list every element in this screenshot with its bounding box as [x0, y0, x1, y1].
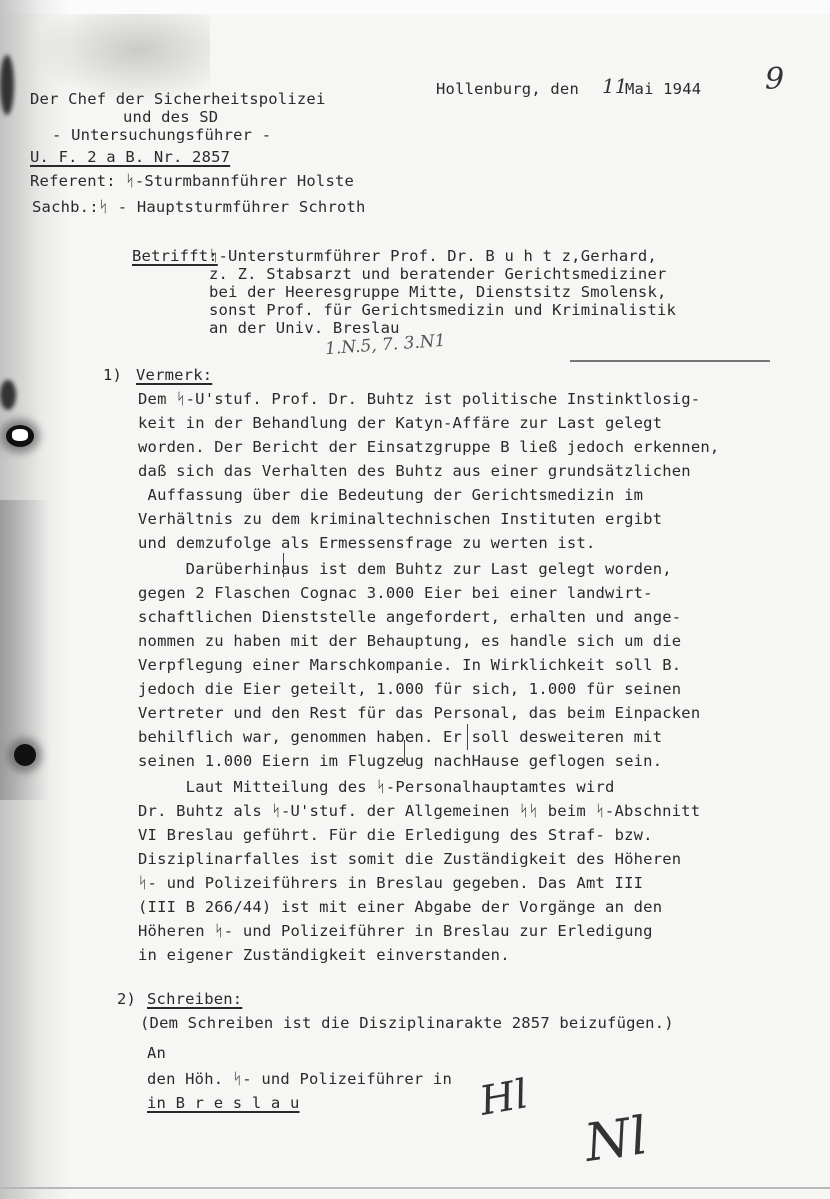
- sender-line-1: Der Chef der Sicherheitspolizei: [30, 90, 326, 108]
- body-line: worden. Der Bericht der Einsatzgruppe B …: [138, 438, 719, 456]
- address-line-3: in B r e s l a u: [147, 1094, 300, 1112]
- punch-hole: [14, 744, 36, 766]
- section-1-number: 1): [103, 366, 122, 384]
- body-line: Disziplinarfalles ist somit die Zuständi…: [138, 850, 681, 868]
- address-line-1: An: [147, 1044, 166, 1062]
- body-line: behilflich war, genommen haben. Er soll …: [138, 728, 662, 746]
- body-line: VI Breslau geführt. Für die Erledigung d…: [138, 826, 653, 844]
- body-line: in eigener Zuständigkeit einverstanden.: [138, 946, 510, 964]
- pencil-line: [570, 360, 770, 362]
- body-line: nommen zu haben mit der Behauptung, es h…: [138, 632, 681, 650]
- handwritten-initials: Hl: [476, 1071, 531, 1125]
- body-line: Vertreter und den Rest für das Personal,…: [138, 704, 700, 722]
- address-line-2: den Höh. ᛋ- und Polizeiführer in: [147, 1070, 452, 1088]
- body-line: daß sich das Verhalten des Buhtz aus ein…: [138, 462, 691, 480]
- body-line: (III B 266/44) ist mit einer Abgabe der …: [138, 898, 662, 916]
- subject-line: ᛋ-Untersturmführer Prof. Dr. B u h t z,G…: [209, 247, 657, 265]
- scan-bottom-edge: [0, 1187, 830, 1189]
- subject-label: Betrifft:: [132, 247, 218, 265]
- body-line: Dr. Buhtz als ᛋ-U'stuf. der Allgemeinen …: [138, 802, 700, 820]
- body-line: und demzufolge als Ermessensfrage zu wer…: [138, 534, 596, 552]
- body-line: keit in der Behandlung der Katyn-Affäre …: [138, 414, 662, 432]
- body-line: Auffassung über die Bedeutung der Gerich…: [138, 486, 643, 504]
- scan-blot: [0, 55, 14, 115]
- date-rest: Mai 1944: [625, 80, 701, 98]
- subject-line: bei der Heeresgruppe Mitte, Dienstsitz S…: [209, 283, 667, 301]
- pencil-mark: [404, 740, 405, 764]
- punch-hole: [6, 425, 34, 447]
- body-line: Höheren ᛋ- und Polizeiführer in Breslau …: [138, 922, 653, 940]
- subject-line: z. Z. Stabsarzt und beratender Gerichtsm…: [209, 265, 667, 283]
- sender-line-2: und des SD: [123, 108, 218, 126]
- subject-line: sonst Prof. für Gerichtsmedizin und Krim…: [209, 301, 676, 319]
- scan-top-edge: [0, 0, 830, 14]
- handwritten-date-day: 11: [602, 74, 627, 98]
- section-1-heading: Vermerk:: [136, 366, 212, 384]
- pencil-mark: [467, 724, 468, 750]
- sender-line-3: - Untersuchungsführer -: [52, 126, 271, 144]
- referent-line: Referent: ᛋ-Sturmbannführer Holste: [30, 172, 354, 190]
- body-line: Laut Mitteilung des ᛋ-Personalhauptamtes…: [138, 778, 615, 796]
- handwritten-initials: Nl: [581, 1106, 651, 1174]
- body-line: Dem ᛋ-U'stuf. Prof. Dr. Buhtz ist politi…: [138, 390, 700, 408]
- subject-line: an der Univ. Breslau: [209, 319, 400, 337]
- enclosure-note: (Dem Schreiben ist die Disziplinarakte 2…: [140, 1014, 674, 1032]
- place-date-prefix: Hollenburg, den: [436, 80, 579, 98]
- section-2-heading: Schreiben:: [147, 990, 242, 1008]
- document-page: Der Chef der Sicherheitspolizei und des …: [0, 0, 830, 1199]
- body-line: Verhältnis zu dem kriminaltechnischen In…: [138, 510, 662, 528]
- handwritten-page-number: 9: [765, 62, 784, 97]
- pencil-mark: [283, 553, 284, 577]
- body-line: ᛋ- und Polizeiführers in Breslau gegeben…: [138, 874, 643, 892]
- scan-blot: [0, 380, 16, 410]
- body-line: schaftlichen Dienststelle angefordert, e…: [138, 608, 681, 626]
- file-number: U. F. 2 a B. Nr. 2857: [30, 148, 230, 166]
- section-2-number: 2): [117, 990, 136, 1008]
- body-line: Verpflegung einer Marschkompanie. In Wir…: [138, 656, 681, 674]
- body-line: seinen 1.000 Eiern im Flugzeug nachHause…: [138, 752, 662, 770]
- body-line: gegen 2 Flaschen Cognac 3.000 Eier bei e…: [138, 584, 653, 602]
- body-line: jedoch die Eier geteilt, 1.000 für sich,…: [138, 680, 681, 698]
- sachbearbeiter-line: Sachb.:ᛋ - Hauptsturmführer Schroth: [32, 198, 366, 216]
- body-line: Darüberhinaus ist dem Buhtz zur Last gel…: [138, 560, 672, 578]
